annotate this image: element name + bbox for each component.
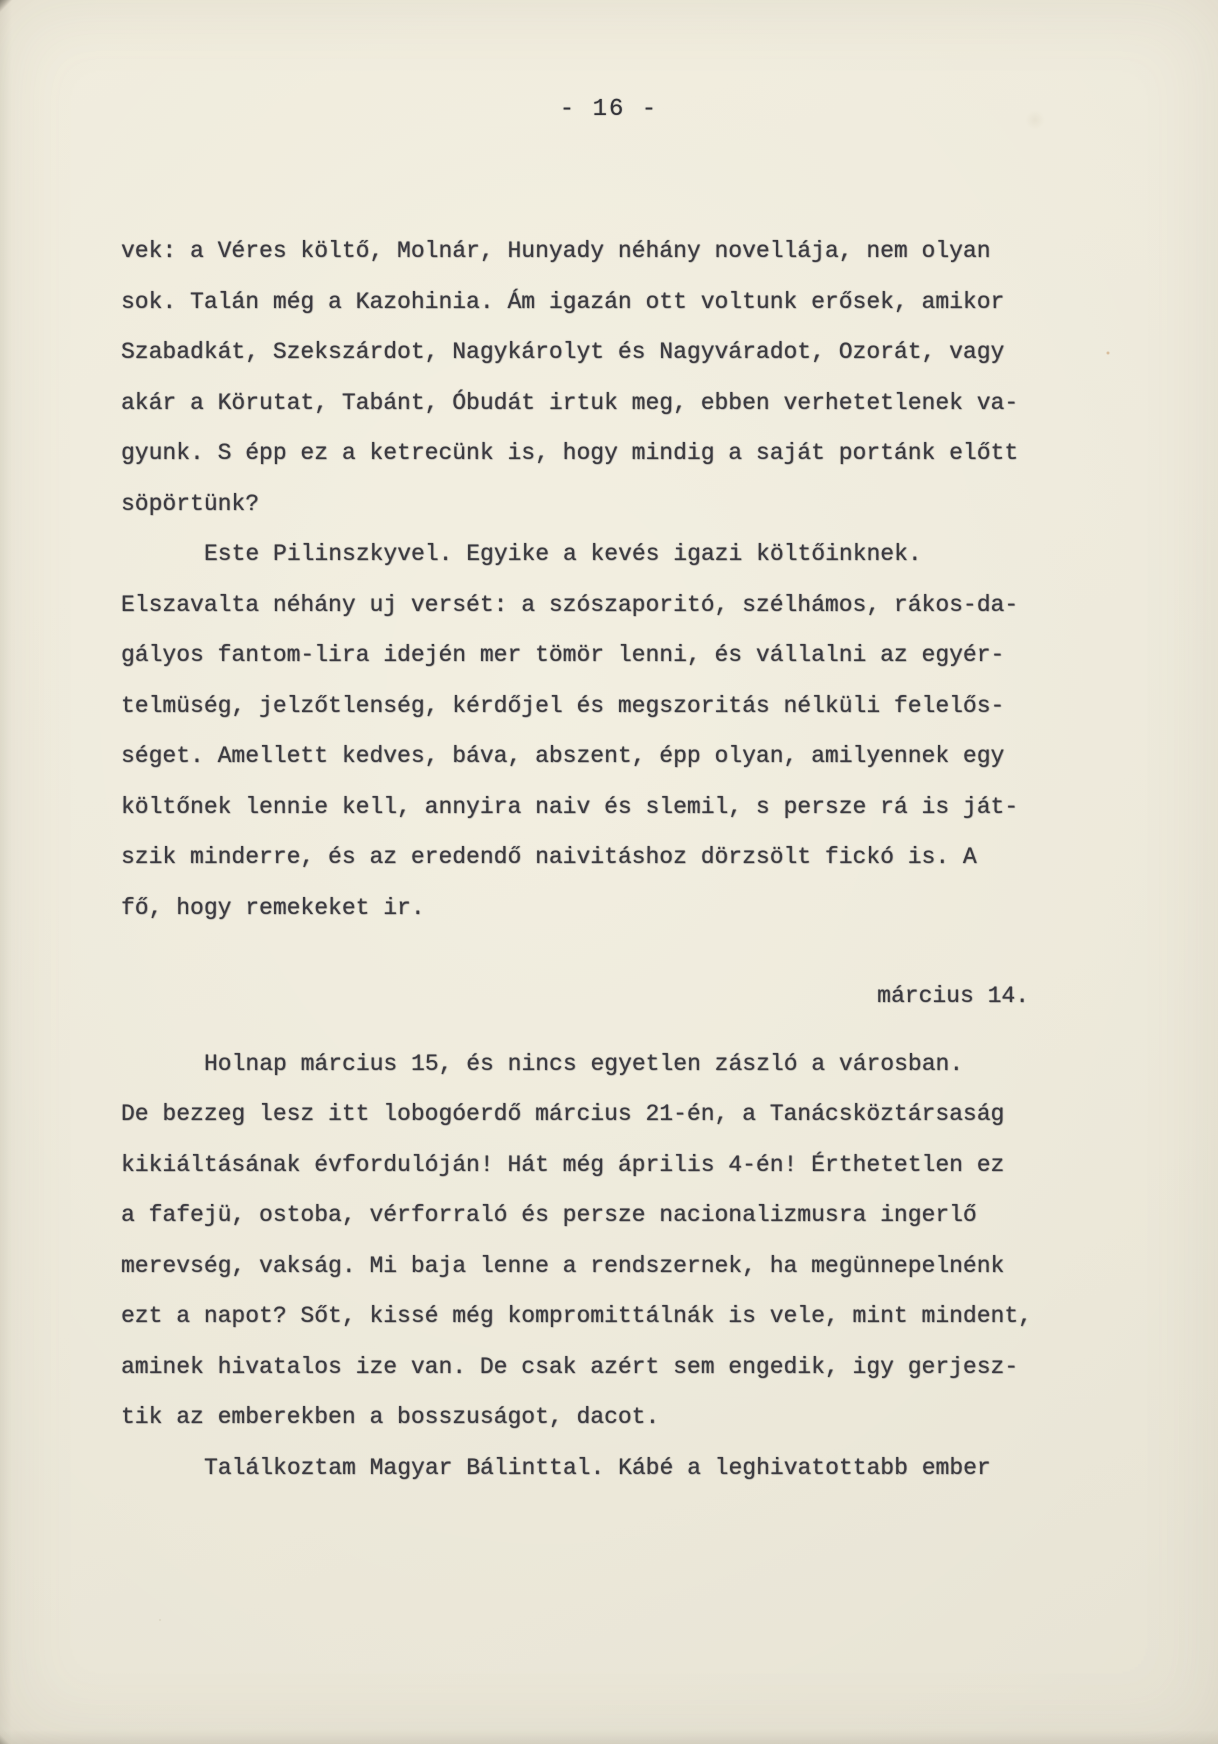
text-line: Holnap március 15, és nincs egyetlen zás… <box>121 1039 1039 1090</box>
text-line: aminek hivatalos ize van. De csak azért … <box>121 1342 1039 1393</box>
text-line: költőnek lennie kell, annyira naiv és sl… <box>121 782 1039 833</box>
text-line: a fafejü, ostoba, vérforraló és persze n… <box>121 1190 1039 1241</box>
text-line: merevség, vakság. Mi baja lenne a rendsz… <box>121 1241 1039 1292</box>
text-line: vek: a Véres költő, Molnár, Hunyady néhá… <box>121 226 1039 277</box>
text-line: gályos fantom-lira idején mer tömör lenn… <box>121 630 1039 681</box>
text-line: ezt a napot? Sőt, kissé még kompromittál… <box>121 1291 1039 1342</box>
text-line: Elszavalta néhány uj versét: a szószapor… <box>121 580 1039 631</box>
text-line: Szabadkát, Szekszárdot, Nagykárolyt és N… <box>121 327 1039 378</box>
text-line: akár a Körutat, Tabánt, Óbudát irtuk meg… <box>121 378 1039 429</box>
text-line: kikiáltásának évfordulóján! Hát még ápri… <box>121 1140 1039 1191</box>
text-line: szik minderre, és az eredendő naivitásho… <box>121 832 1039 883</box>
text-line: gyunk. S épp ez a ketrecünk is, hogy min… <box>121 428 1039 479</box>
text-line: sok. Talán még a Kazohinia. Ám igazán ot… <box>121 277 1039 328</box>
date-heading: március 14. <box>121 971 1039 1022</box>
typewritten-page: - 16 - vek: a Véres költő, Molnár, Hunya… <box>0 0 1218 1744</box>
text-line: Találkoztam Magyar Bálinttal. Kábé a leg… <box>121 1443 1039 1494</box>
text-line: tik az emberekben a bosszuságot, dacot. <box>121 1392 1039 1443</box>
text-line: séget. Amellett kedves, báva, abszent, é… <box>121 731 1039 782</box>
text-line: söpörtünk? <box>121 479 1039 530</box>
text-line: Este Pilinszkyvel. Egyike a kevés igazi … <box>121 529 1039 580</box>
text-line: De bezzeg lesz itt lobogóerdő március 21… <box>121 1089 1039 1140</box>
text-line: telmüség, jelzőtlenség, kérdőjel és megs… <box>121 681 1039 732</box>
text-line: fő, hogy remekeket ir. <box>121 883 1039 934</box>
page-body-text: vek: a Véres költő, Molnár, Hunyady néhá… <box>121 226 1039 1493</box>
page-number: - 16 - <box>0 96 1218 123</box>
